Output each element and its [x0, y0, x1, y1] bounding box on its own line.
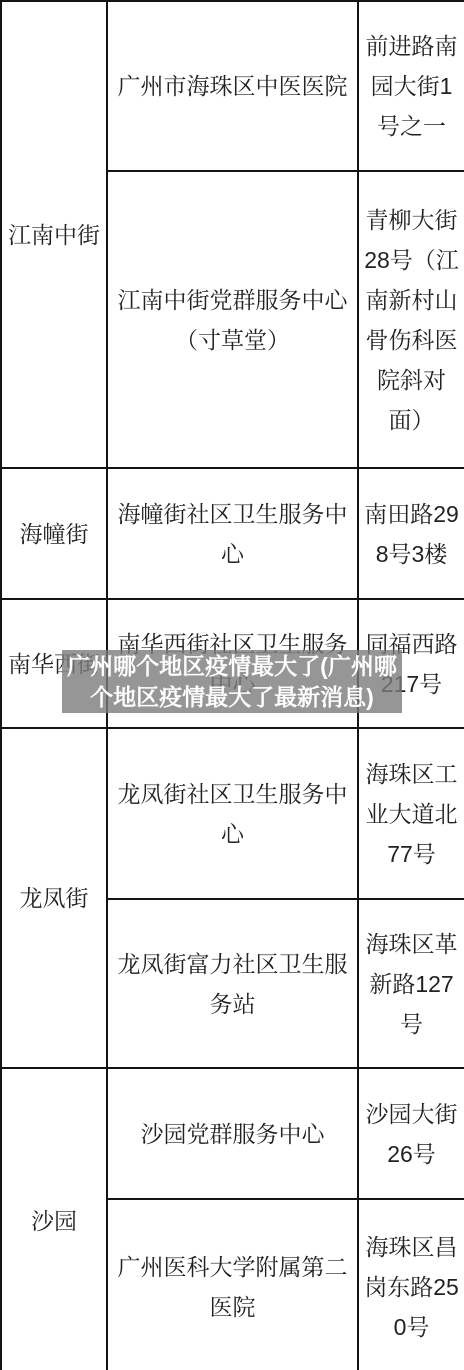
address-cell: 南田路298号3楼	[358, 468, 464, 599]
center-name-cell: 沙园党群服务中心	[107, 1068, 358, 1199]
street-cell: 沙园	[1, 1068, 107, 1370]
table-row: 江南中街 广州市海珠区中医医院 前进路南园大街1号之一	[1, 1, 464, 171]
street-cell: 龙凤街	[1, 728, 107, 1068]
address-cell: 前进路南园大街1号之一	[358, 1, 464, 171]
address-cell: 海珠区昌岗东路250号	[358, 1199, 464, 1370]
address-cell: 海珠区革新路127号	[358, 899, 464, 1068]
address-cell: 海珠区工业大道北77号	[358, 728, 464, 899]
address-cell: 沙园大街26号	[358, 1068, 464, 1199]
center-name-cell: 龙凤街富力社区卫生服务站	[107, 899, 358, 1068]
watermark-text: 广州哪个地区疫情最大了(广州哪个地区疫情最大了最新消息)	[64, 651, 400, 713]
center-name-cell: 广州医科大学附属第二医院	[107, 1199, 358, 1370]
street-cell: 海幢街	[1, 468, 107, 599]
watermark-banner: 广州哪个地区疫情最大了(广州哪个地区疫情最大了最新消息)	[62, 650, 402, 713]
table-row: 沙园 沙园党群服务中心 沙园大街26号	[1, 1068, 464, 1199]
center-name-cell: 龙凤街社区卫生服务中心	[107, 728, 358, 899]
center-name-cell: 广州市海珠区中医医院	[107, 1, 358, 171]
table-row: 龙凤街 龙凤街社区卫生服务中心 海珠区工业大道北77号	[1, 728, 464, 899]
address-cell: 青柳大街28号（江南新村山骨伤科医院斜对面）	[358, 171, 464, 468]
table-row: 海幢街 海幢街社区卫生服务中心 南田路298号3楼	[1, 468, 464, 599]
clinic-table-page: 江南中街 广州市海珠区中医医院 前进路南园大街1号之一 江南中街党群服务中心（寸…	[0, 0, 464, 1370]
center-name-cell: 江南中街党群服务中心（寸草堂）	[107, 171, 358, 468]
street-cell: 江南中街	[1, 1, 107, 468]
center-name-cell: 海幢街社区卫生服务中心	[107, 468, 358, 599]
